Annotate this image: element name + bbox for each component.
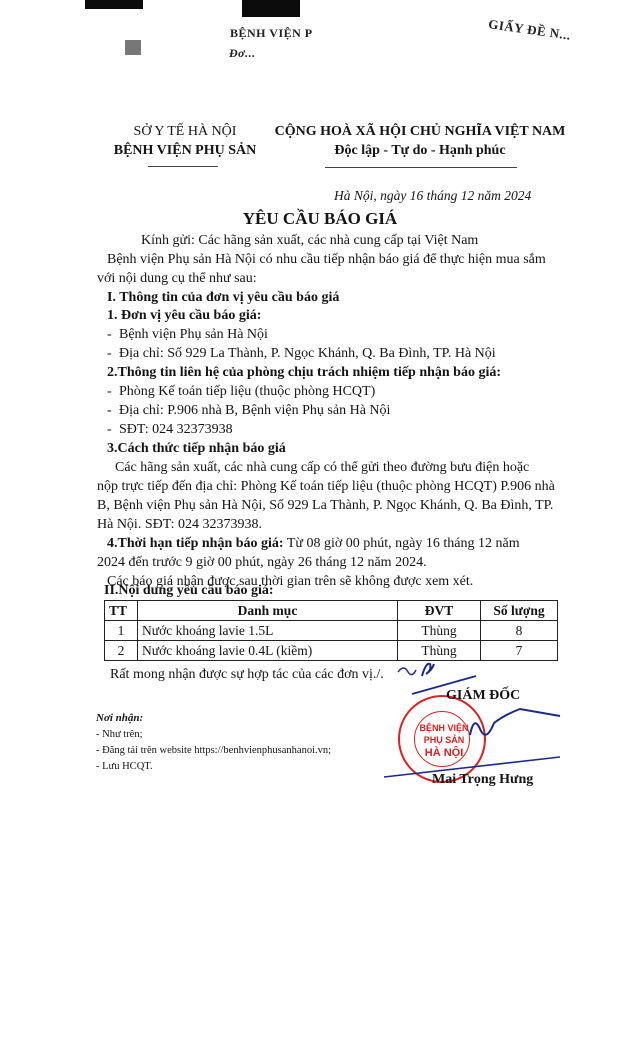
section-2-heading: II.Nội dung yêu cầu báo giá: — [104, 583, 274, 599]
stamp-text: BỆNH VIỆN — [400, 723, 488, 733]
bleed-through-mark — [85, 0, 143, 9]
list-item: -Phòng Kế toán tiếp liệu (thuộc phòng HC… — [107, 384, 375, 400]
intro-line-1: Bệnh viện Phụ sản Hà Nội có nhu cầu tiếp… — [107, 252, 546, 268]
greeting: Kính gửi: Các hãng sản xuất, các nhà cun… — [141, 233, 478, 249]
bleed-through-mark — [242, 0, 300, 17]
column-header-unit: ĐVT — [398, 601, 481, 621]
agency-name: SỞ Y TẾ HÀ NỘI — [110, 124, 260, 140]
intro-line-2: với nội dung cụ thể như sau: — [97, 271, 257, 287]
recipient-item: - Lưu HCQT. — [96, 761, 153, 772]
recipient-item: - Đăng tải trên website https://benhvien… — [96, 745, 331, 756]
stamp-text: HÀ NỘI — [400, 747, 488, 759]
country-name: CỘNG HOÀ XÃ HỘI CHỦ NGHĨA VIỆT NAM — [270, 124, 570, 140]
paragraph-line: nộp trực tiếp đến địa chỉ: Phòng Kế toán… — [97, 479, 555, 495]
recipient-item: - Như trên; — [96, 729, 143, 740]
bleed-through-text: BỆNH VIỆN P — [230, 26, 313, 41]
header-left-underline — [148, 166, 218, 167]
subsection-2-heading: 2.Thông tin liên hệ của phòng chịu trách… — [107, 365, 501, 381]
deadline-line-2: 2024 đến trước 9 giờ 00 phút, ngày 26 th… — [97, 555, 427, 571]
paragraph-line: B, Bệnh viện Phụ sản Hà Nội, Số 929 La T… — [97, 498, 553, 514]
signatory-name: Mai Trọng Hưng — [432, 772, 533, 788]
items-table: TT Danh mục ĐVT Số lượng 1 Nước khoáng l… — [104, 600, 558, 661]
subsection-4-heading: 4.Thời hạn tiếp nhận báo giá: — [107, 536, 284, 551]
paragraph-line: Các hãng sản xuất, các nhà cung cấp có t… — [115, 460, 529, 476]
hospital-name: BỆNH VIỆN PHỤ SẢN — [100, 143, 270, 159]
deadline-line-1: 4.Thời hạn tiếp nhận báo giá: Từ 08 giờ … — [107, 536, 520, 552]
table-row: 1 Nước khoáng lavie 1.5L Thùng 8 — [105, 621, 558, 641]
signatory-title: GIÁM ĐỐC — [446, 688, 520, 704]
bleed-through-text: Đơ... — [229, 46, 256, 61]
document-title: YÊU CẦU BÁO GIÁ — [100, 209, 540, 229]
column-header-item: Danh mục — [138, 601, 398, 621]
official-stamp: BỆNH VIỆN PHỤ SẢN HÀ NỘI — [398, 695, 486, 783]
subsection-1-heading: 1. Đơn vị yêu cầu báo giá: — [107, 308, 261, 324]
paragraph-line: Hà Nội. SĐT: 024 32373938. — [97, 517, 262, 533]
stamp-text: PHỤ SẢN — [400, 735, 488, 745]
section-1-heading: I. Thông tin của đơn vị yêu cầu báo giá — [107, 290, 339, 306]
bleed-through-text: GIẤY ĐỀ N... — [487, 16, 572, 43]
column-header-tt: TT — [105, 601, 138, 621]
list-item: -Địa chỉ: Số 929 La Thành, P. Ngọc Khánh… — [107, 346, 496, 362]
column-header-qty: Số lượng — [481, 601, 558, 621]
list-item: -Địa chỉ: P.906 nhà B, Bệnh viện Phụ sản… — [107, 403, 390, 419]
document-date: Hà Nội, ngày 16 tháng 12 năm 2024 — [334, 188, 531, 204]
recipients-label: Nơi nhận: — [96, 712, 143, 724]
subsection-3-heading: 3.Cách thức tiếp nhận báo giá — [107, 441, 286, 457]
closing-line: Rất mong nhận được sự hợp tác của các đơ… — [110, 667, 384, 683]
header-right-underline — [325, 167, 517, 168]
motto: Độc lập - Tự do - Hạnh phúc — [320, 143, 520, 159]
bleed-through-mark — [125, 40, 141, 55]
table-header-row: TT Danh mục ĐVT Số lượng — [105, 601, 558, 621]
table-row: 2 Nước khoáng lavie 0.4L (kiềm) Thùng 7 — [105, 641, 558, 661]
list-item: -SĐT: 024 32373938 — [107, 422, 233, 438]
list-item: -Bệnh viện Phụ sản Hà Nội — [107, 327, 268, 343]
